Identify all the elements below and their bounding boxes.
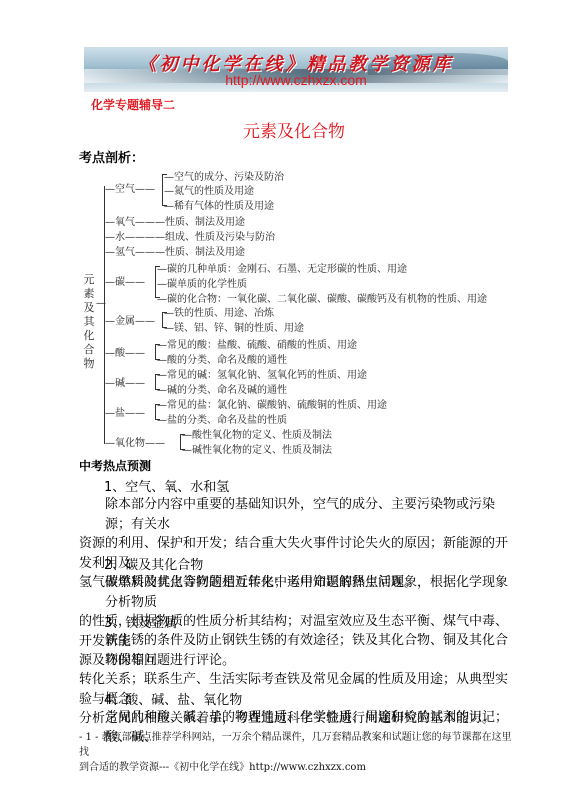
tree-leaf: —常见的酸：盐酸、硫酸、硝酸的性质、用途 [157, 336, 357, 351]
site-banner: 《初中化学在线》精品教学资源库 http://www.czhxzx.com [84, 47, 508, 92]
tree-branch-base: —碱—— [105, 374, 145, 389]
tree-branch-salt: —盐—— [105, 404, 145, 419]
tree-leaf: —常见的盐：氯化钠、碳酸钠、硫酸铜的性质、用途 [157, 396, 387, 411]
tree-branch-air: —空气—— [105, 180, 155, 195]
para-line: 碳单质及其化合物的相互转化；运用知识解释生活现象，根据化学现象分析物质 [79, 573, 511, 612]
topic-title: 4、酸、碱、盐、氧化物 [104, 689, 242, 708]
page-title: 元素及化合物 [243, 117, 345, 142]
tree-leaf: —稀有气体的性质及用途 [164, 197, 274, 212]
tree-branch-water: —水————组成、性质及污染与防治 [105, 228, 275, 243]
tree-leaf: —铁的性质、用途、冶炼 [164, 304, 274, 319]
tree-leaf: —镁、铝、锌、铜的性质、用途 [164, 319, 304, 334]
section-heading-analysis: 考点剖析： [79, 147, 144, 166]
tree-branch-carbon: —碳—— [105, 273, 145, 288]
tree-leaf: —酸的分类、命名及酸的通性 [157, 351, 287, 366]
tree-branch-hydrogen: —氢气———性质、制法及用途 [105, 243, 245, 258]
para-line: 除本部分内容中重要的基础知识外，空气的成分、主要污染物或污染源；有关水 [79, 495, 511, 534]
tree-leaf: —盐的分类、命名及盐的性质 [157, 411, 287, 426]
banner-url[interactable]: http://www.czhxzx.com [84, 72, 508, 88]
tree-leaf: —碳的化合物：一氧化碳、二氧化碳、碳酸、碳酸钙及有机物的性质、用途 [157, 290, 487, 305]
tree-leaf: —碳单质的化学性质 [157, 275, 247, 290]
tree-leaf: —碱的分类、命名及碱的通性 [157, 381, 287, 396]
page-footer: - 1 - 教育部重点推荐学科网站，一万余个精品课件，几万套精品教案和试题让您的… [79, 730, 519, 775]
tree-leaf: —空气的成分、污染及防治 [164, 168, 284, 183]
topic-title: 1、空气、氧、水和氢 [104, 476, 229, 495]
tree-root-label: 元素及其化合物 [83, 273, 95, 371]
tree-leaf: —碳的几种单质：金刚石、石墨、无定形碳的性质、用途 [157, 260, 407, 275]
tree-leaf: —碱性氧化物的定义、性质及制法 [182, 441, 332, 456]
section-heading-hotspots: 中考热点预测 [79, 457, 151, 474]
topic-title: 2、碳及其化合物 [104, 554, 203, 573]
tree-leaf: —氮气的性质及用途 [164, 182, 254, 197]
tree-branch-oxygen: —氧气———性质、制法及用途 [105, 213, 245, 228]
tree-branch-oxide: —氧化物—— [105, 434, 165, 449]
tree-leaf: —常见的碱：氢氧化钠、氢氧化钙的性质、用途 [157, 366, 367, 381]
para-line: 铁生锈的条件及防止钢铁生锈的有效途径；铁及其化合物、铜及其化合物的相互 [79, 631, 511, 670]
footer-line[interactable]: 到合适的教学资源---《初中化学在线》http://www.czhxzx.com [79, 760, 519, 775]
tree-branch-acid: —酸—— [105, 344, 145, 359]
topic-title: 3、铁及金属 [104, 612, 177, 631]
tree-branch-metal: —金属—— [105, 312, 155, 327]
knowledge-tree: 元素及其化合物 — —空气—— —空气的成分、污染及防治 —氮气的性质及用途 —… [80, 168, 520, 450]
tree-leaf: —酸性氧化物的定义、性质及制法 [182, 426, 332, 441]
doc-subtitle: 化学专题辅导二 [91, 96, 175, 113]
footer-line: - 1 - 教育部重点推荐学科网站，一万余个精品课件，几万套精品教案和试题让您的… [79, 730, 519, 760]
